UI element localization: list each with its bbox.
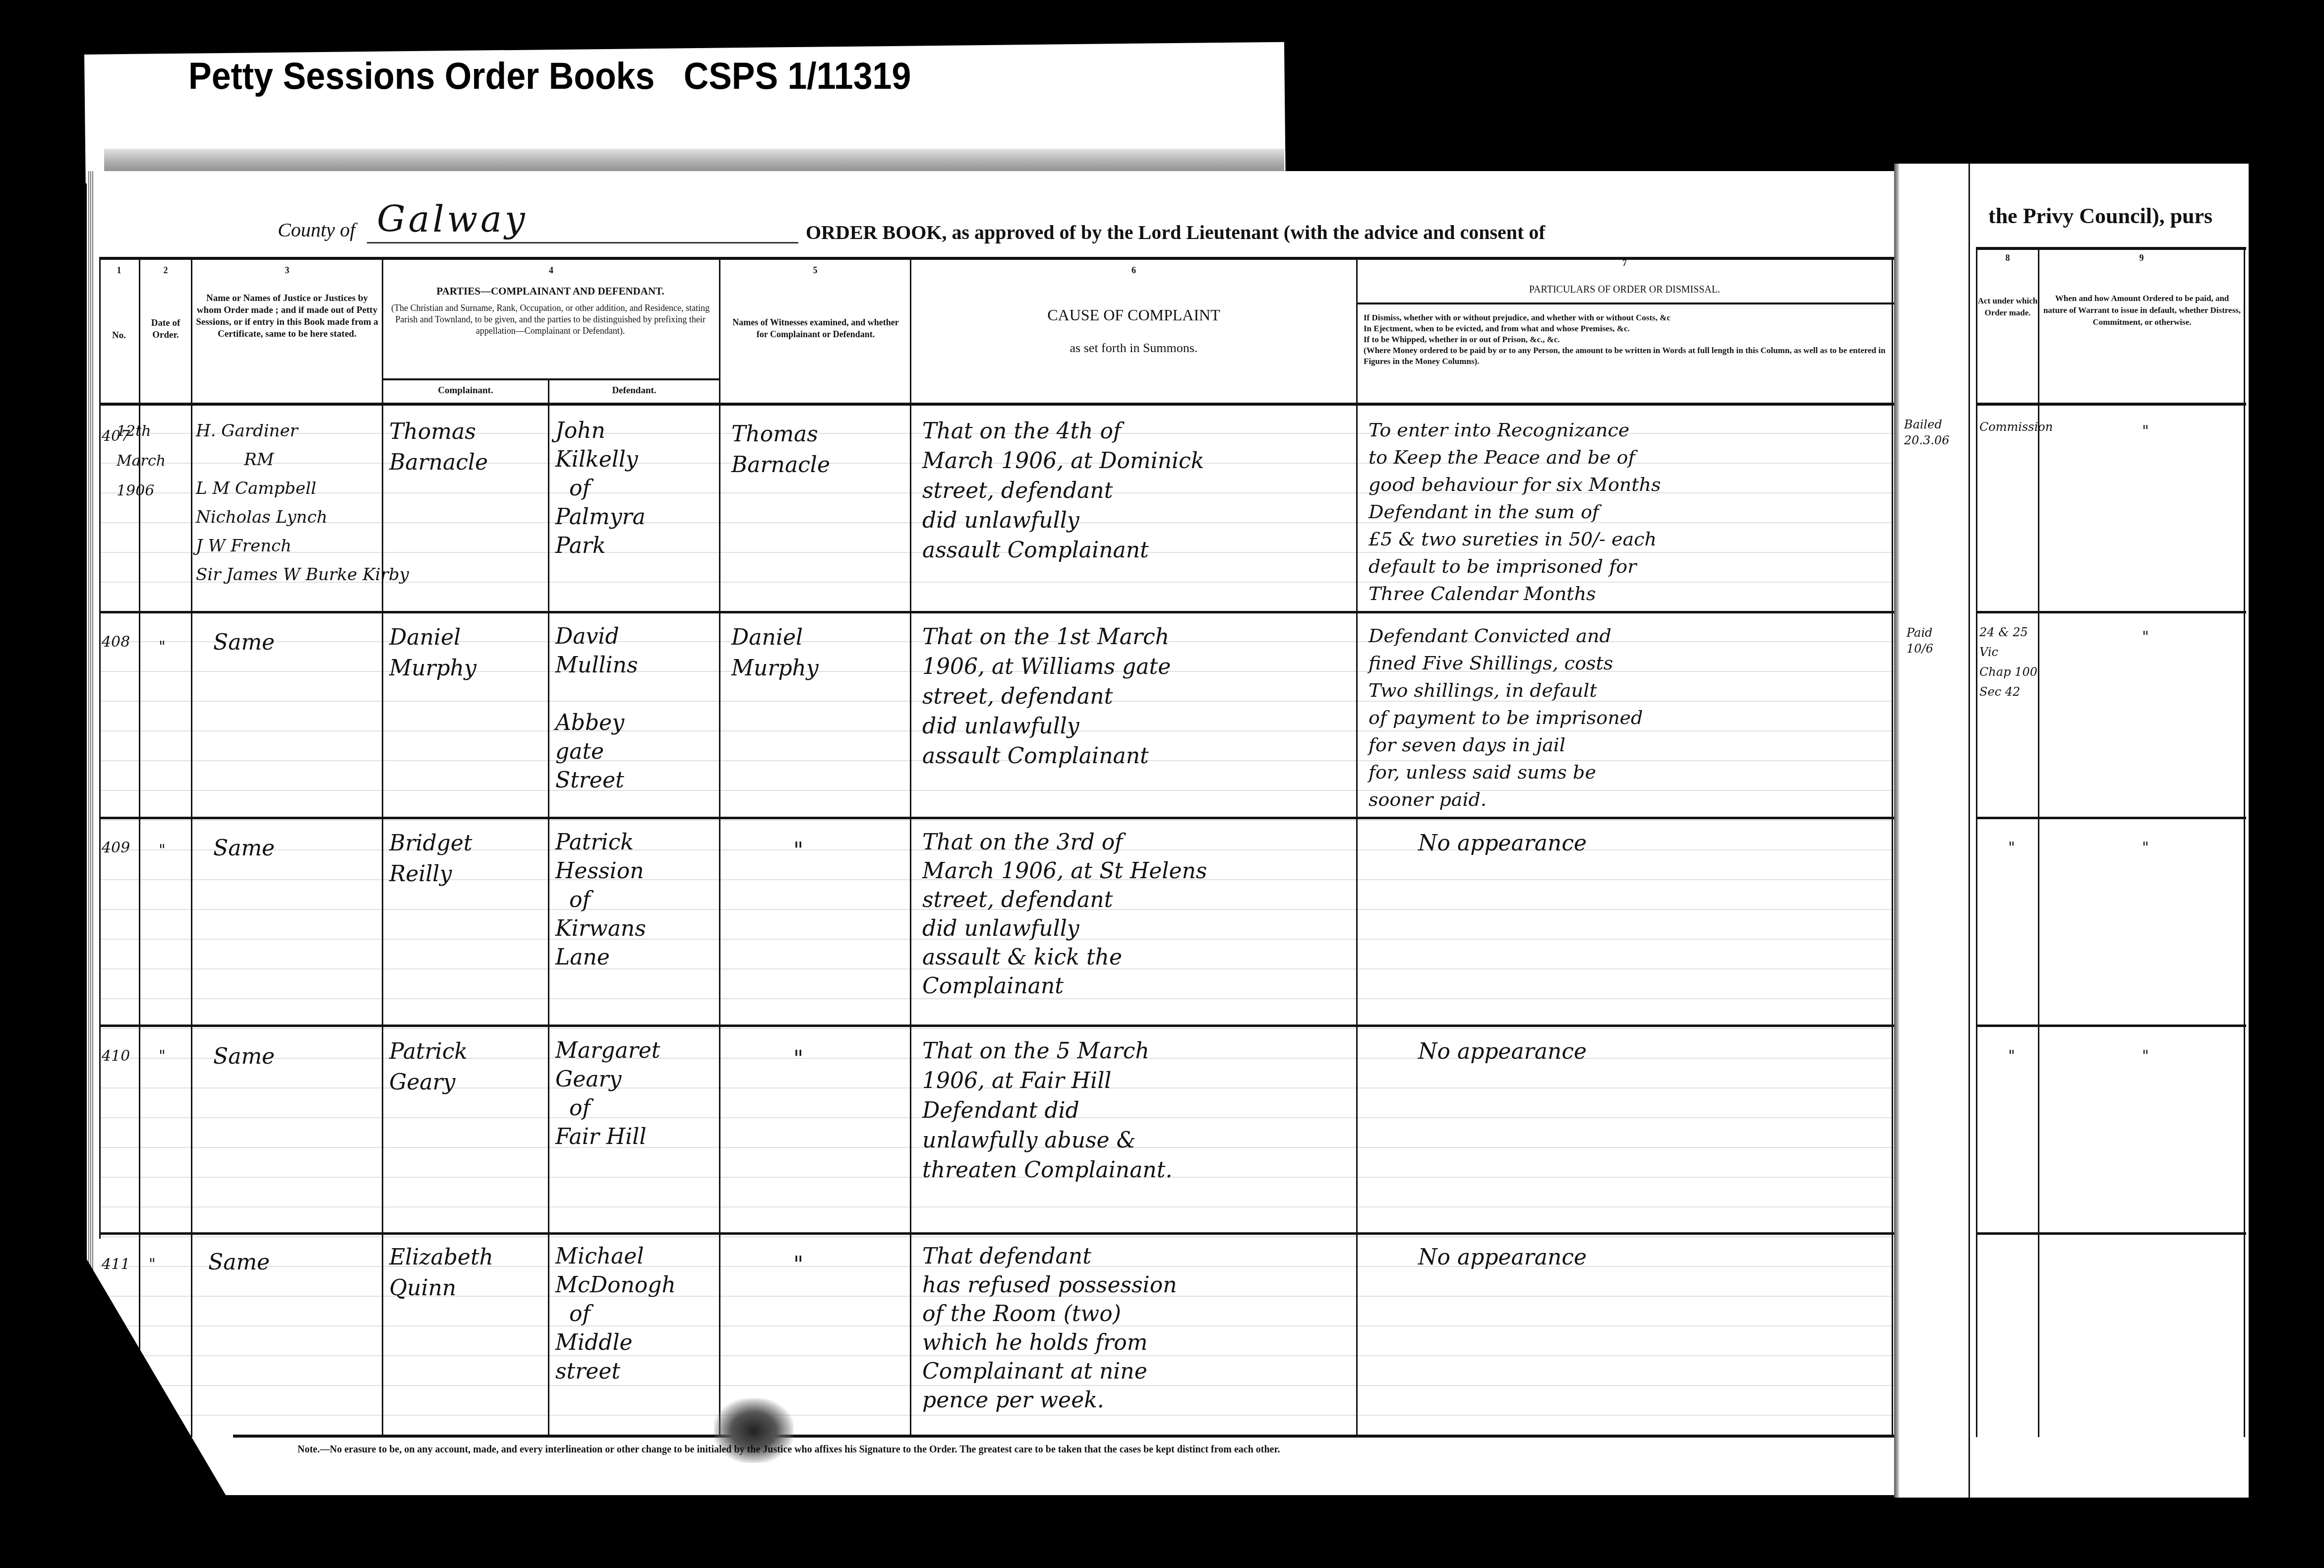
torn-page-corner xyxy=(69,1230,233,1508)
row-date: " xyxy=(159,637,166,657)
row-witnesses: " xyxy=(793,836,803,866)
row-rule xyxy=(99,1232,1894,1235)
col-border xyxy=(99,257,101,1239)
row-complainant: Bridget Reilly xyxy=(389,828,473,890)
row-defendant: Michael McDonogh of Middle street xyxy=(555,1242,676,1386)
footnote: Note.—No erasure to be, on any account, … xyxy=(298,1444,1280,1455)
col-border xyxy=(2244,247,2245,1437)
row-witnesses: " xyxy=(793,1044,803,1075)
row-order: To enter into Recognizance to Keep the P… xyxy=(1369,417,1661,607)
row-col9: " xyxy=(2142,838,2149,858)
colnum-6: 6 xyxy=(911,265,1356,276)
row-justices: Same xyxy=(213,1041,275,1072)
header-cause-title: CAUSE OF COMPLAINT xyxy=(911,305,1356,325)
order-book-title-continued: the Privy Council), purs xyxy=(1988,203,2212,229)
row-col9: " xyxy=(2142,422,2149,441)
row-complainant: Elizabeth Quinn xyxy=(389,1242,493,1304)
row-defendant: Patrick Hession of Kirwans Lane xyxy=(555,828,646,972)
archive-label-title: Petty Sessions Order Books CSPS 1/11319 xyxy=(188,55,911,98)
row-complainant: Thomas Barnacle xyxy=(389,417,488,478)
header-parties-title: PARTIES—COMPLAINANT AND DEFENDANT. xyxy=(387,285,714,297)
row-no: 410 xyxy=(102,1046,130,1066)
col-border xyxy=(1892,257,1893,1437)
col-border xyxy=(719,257,720,1437)
colnum-7: 7 xyxy=(1358,258,1892,268)
header-particulars-title: PARTICULARS OF ORDER OR DISMISSAL. xyxy=(1358,284,1892,296)
row-witnesses: Daniel Murphy xyxy=(731,622,819,684)
table-bottom-rule xyxy=(233,1435,1894,1438)
row-defendant: John Kilkelly of Palmyra Park xyxy=(555,417,646,560)
row-rule xyxy=(1976,1232,2246,1235)
row-rule xyxy=(1976,1025,2246,1027)
row-act: Commission xyxy=(1979,419,2053,435)
row-col9: " xyxy=(2142,627,2149,647)
row-act: 24 & 25 Vic Chap 100 Sec 42 xyxy=(1979,622,2037,702)
row-date: " xyxy=(159,841,166,860)
row-col9: " xyxy=(2142,1046,2149,1066)
row-order: Defendant Convicted and fined Five Shill… xyxy=(1369,622,1643,813)
header-defendant: Defendant. xyxy=(549,385,719,397)
row-date: 12th March 1906 xyxy=(117,417,166,506)
colnum-5: 5 xyxy=(720,265,910,276)
row-witnesses: Thomas Barnacle xyxy=(731,419,830,481)
row-no: 409 xyxy=(102,838,130,858)
county-label: County of xyxy=(278,218,356,241)
order-book-page-right xyxy=(1899,164,2249,1498)
row-order: No appearance xyxy=(1418,1242,1587,1273)
header-date: Date of Order. xyxy=(140,317,191,341)
row-rule xyxy=(99,1025,1894,1027)
col-border xyxy=(1968,164,1970,1498)
header-bottom-rule-right xyxy=(1976,403,2246,406)
page-shadow xyxy=(104,149,1284,174)
row-cause: That on the 1st March 1906, at Williams … xyxy=(922,622,1171,771)
header-witnesses: Names of Witnesses examined, and whether… xyxy=(726,316,905,340)
row-order: No appearance xyxy=(1418,1036,1587,1067)
colnum-8: 8 xyxy=(1977,253,2038,263)
colnum-4: 4 xyxy=(383,265,719,276)
col-border xyxy=(1976,247,1977,1437)
row-witnesses: " xyxy=(793,1250,803,1280)
row-rule xyxy=(1976,611,2246,613)
colnum-9: 9 xyxy=(2039,253,2244,263)
row-rule xyxy=(99,817,1894,819)
order-book-title: ORDER BOOK, as approved of by the Lord L… xyxy=(806,221,1546,244)
row-margin-note: Bailed 20.3.06 xyxy=(1904,417,1950,448)
colnum-2: 2 xyxy=(140,265,191,276)
header-no: No. xyxy=(99,330,139,342)
row-cause: That on the 5 March 1906, at Fair Hill D… xyxy=(922,1036,1172,1185)
header-bottom-rule xyxy=(99,403,1894,406)
row-complainant: Daniel Murphy xyxy=(389,622,477,684)
county-value: Galway xyxy=(377,198,528,240)
row-cause: That defendant has refused possession of… xyxy=(922,1242,1177,1415)
parties-subheader-rule xyxy=(382,378,719,380)
header-parties-desc: (The Christian and Surname, Rank, Occupa… xyxy=(387,302,714,337)
row-no: 408 xyxy=(102,632,130,652)
row-act: " xyxy=(2008,1046,2015,1066)
row-margin-note: Paid 10/6 xyxy=(1907,625,1933,657)
row-defendant: Margaret Geary of Fair Hill xyxy=(555,1036,660,1151)
header-act: Act under which Order made. xyxy=(1977,295,2038,319)
row-cause: That on the 3rd of March 1906, at St Hel… xyxy=(922,828,1207,1001)
row-justices: Same xyxy=(213,833,275,864)
header-complainant: Complainant. xyxy=(383,385,548,397)
col-border xyxy=(548,378,549,1437)
row-justices: Same xyxy=(213,627,275,658)
header-amount-warrant: When and how Amount Ordered to be paid, … xyxy=(2043,293,2241,328)
col-border xyxy=(1356,257,1358,1437)
colnum-3: 3 xyxy=(192,265,382,276)
row-rule xyxy=(99,611,1894,613)
row-defendant: David Mullins Abbey gate Street xyxy=(555,622,638,795)
table-top-rule-right xyxy=(1976,247,2246,250)
header-particulars-desc: If Dismiss, whether with or without prej… xyxy=(1364,312,1887,367)
county-underline xyxy=(367,242,798,243)
row-complainant: Patrick Geary xyxy=(389,1036,468,1098)
header-justices: Name or Names of Justice or Justices by … xyxy=(196,293,378,340)
particulars-subheader-rule xyxy=(1356,302,1894,304)
row-rule xyxy=(1976,817,2246,819)
row-date: " xyxy=(159,1046,166,1066)
row-order: No appearance xyxy=(1418,828,1587,859)
row-act: " xyxy=(2008,838,2015,858)
colnum-1: 1 xyxy=(99,265,139,276)
row-cause: That on the 4th of March 1906, at Domini… xyxy=(922,417,1204,565)
header-cause-sub: as set forth in Summons. xyxy=(911,342,1356,354)
col-border xyxy=(910,257,911,1437)
row-justices: H. Gardiner RM L M Campbell Nicholas Lyn… xyxy=(196,417,409,589)
